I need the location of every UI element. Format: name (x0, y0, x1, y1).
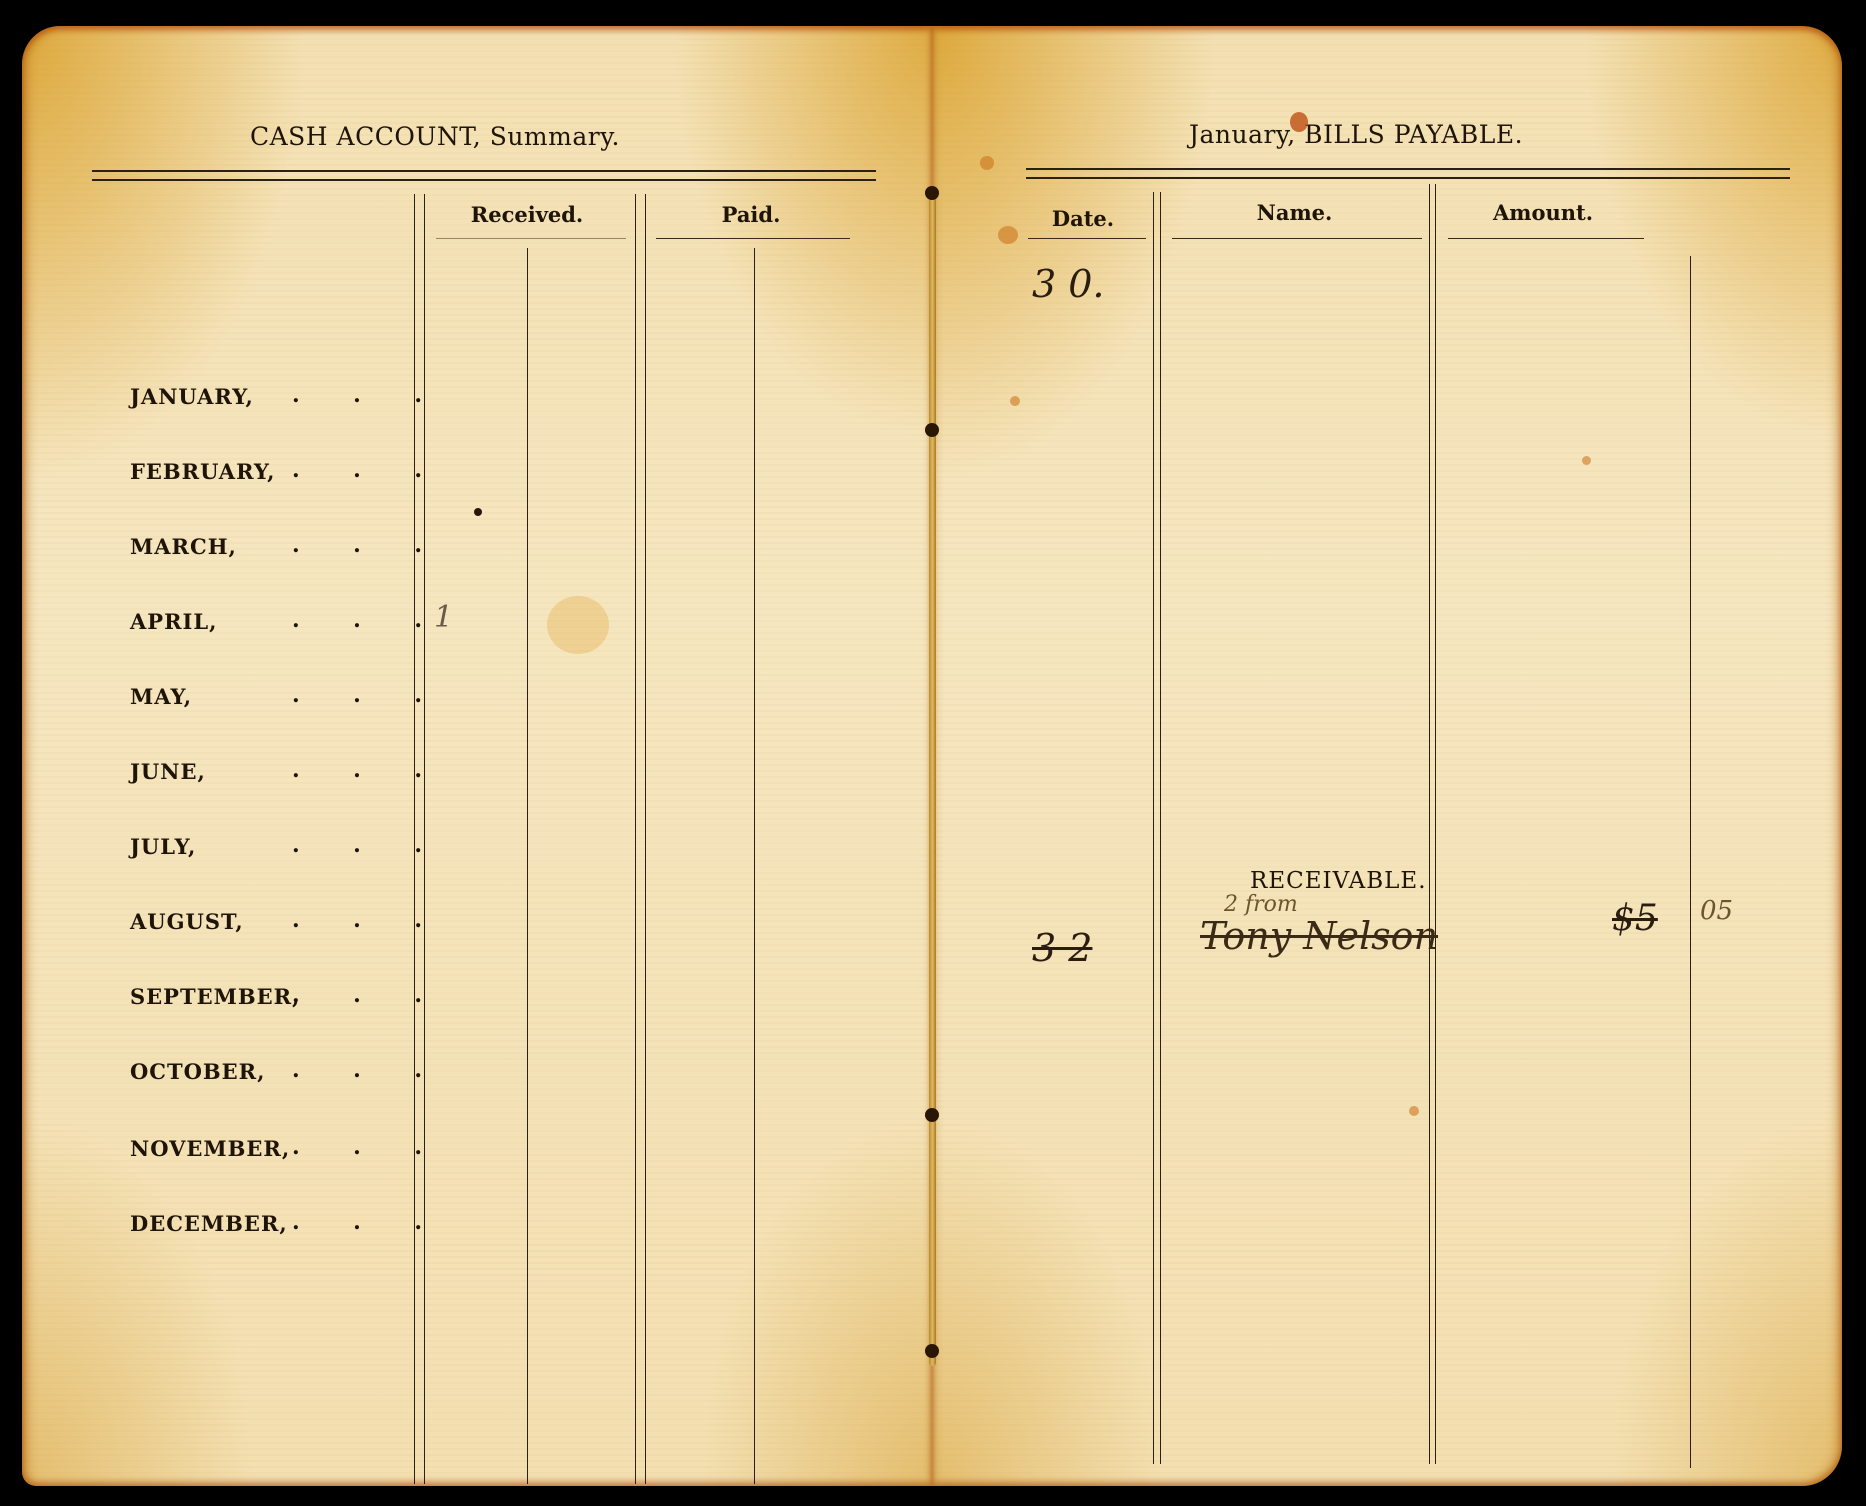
column-rule (1435, 184, 1436, 1464)
leader-dots: ... (292, 757, 422, 783)
received-header-rule (436, 238, 626, 239)
binding-hole (925, 423, 939, 437)
date-header-rule (1028, 238, 1146, 239)
receivable-name: Tony Nelson (1200, 914, 1438, 958)
month-label-march: MARCH, (130, 534, 237, 559)
receivable-amount-struck: $5 (1612, 898, 1658, 939)
paper-stain (980, 156, 994, 170)
leader-dots: ... (292, 1057, 422, 1083)
leader-dots: ... (292, 1209, 422, 1235)
name-column-header: Name. (1172, 200, 1417, 225)
handwritten-mark: 1 (434, 600, 453, 635)
month-label-december: DECEMBER, (130, 1211, 288, 1236)
bills-payable-title: January, BILLS PAYABLE. (1189, 120, 1523, 149)
month-label-april: APRIL, (130, 609, 217, 634)
date-column-header: Date. (1028, 206, 1138, 231)
leader-dots: ... (292, 382, 422, 408)
month-label-february: FEBRUARY, (130, 459, 275, 484)
binding-hole (925, 1108, 939, 1122)
binding-thread (929, 1116, 936, 1366)
paper-stain (547, 596, 609, 654)
amount-cents-rule (1690, 256, 1691, 1468)
paper-stain (1582, 456, 1591, 465)
month-label-september: SEPTEMBER, (130, 984, 300, 1009)
bills-payable-page: January, BILLS PAYABLE. Date. Name. Amou… (932, 26, 1842, 1486)
binding-thread (929, 436, 936, 1126)
ink-spot (474, 508, 482, 516)
month-label-october: OCTOBER, (130, 1059, 265, 1084)
binding-thread (929, 196, 936, 446)
month-label-august: AUGUST, (130, 909, 244, 934)
receivable-amount-cents: 05 (1700, 896, 1733, 926)
column-rule (424, 194, 425, 1484)
column-rule (635, 194, 636, 1484)
month-label-july: JULY, (130, 834, 196, 859)
title-double-rule (1026, 168, 1790, 179)
leader-dots: ... (292, 532, 422, 558)
leader-dots: ... (292, 907, 422, 933)
name-header-rule (1172, 238, 1422, 239)
title-double-rule (92, 170, 876, 181)
leader-dots: ... (292, 832, 422, 858)
paper-stain (1409, 1106, 1419, 1116)
cash-account-title: CASH ACCOUNT, Summary. (250, 122, 620, 151)
amount-column-header: Amount. (1448, 200, 1638, 225)
amount-header-rule (1448, 238, 1644, 239)
paper-stain (1290, 112, 1308, 132)
paid-column-header: Paid. (656, 202, 846, 227)
paid-header-rule (656, 238, 850, 239)
leader-dots: ... (292, 682, 422, 708)
column-rule (1153, 192, 1154, 1464)
binding-hole (925, 186, 939, 200)
cash-account-page: CASH ACCOUNT, Summary. Received. Paid. J… (22, 26, 932, 1486)
column-rule (645, 194, 646, 1484)
receivable-date: 3 2 (1032, 926, 1092, 970)
leader-dots: ... (292, 607, 422, 633)
paid-cents-rule (754, 248, 755, 1484)
paper-stain (998, 226, 1018, 244)
month-label-june: JUNE, (130, 759, 206, 784)
column-rule (1160, 192, 1161, 1464)
received-column-header: Received. (432, 202, 622, 227)
month-label-january: JANUARY, (130, 384, 254, 409)
month-label-november: NOVEMBER, (130, 1136, 290, 1161)
paper-stain (1010, 396, 1020, 406)
month-label-may: MAY, (130, 684, 192, 709)
handwritten-date: 3 0. (1032, 262, 1105, 306)
leader-dots: ... (292, 457, 422, 483)
column-rule (1429, 184, 1430, 1464)
leader-dots: ... (292, 1134, 422, 1160)
receivable-section-label: RECEIVABLE. (1250, 868, 1427, 894)
leader-dots: ... (292, 982, 422, 1008)
open-ledger-book: CASH ACCOUNT, Summary. Received. Paid. J… (22, 26, 1842, 1486)
received-cents-rule (527, 248, 528, 1484)
binding-hole (925, 1344, 939, 1358)
